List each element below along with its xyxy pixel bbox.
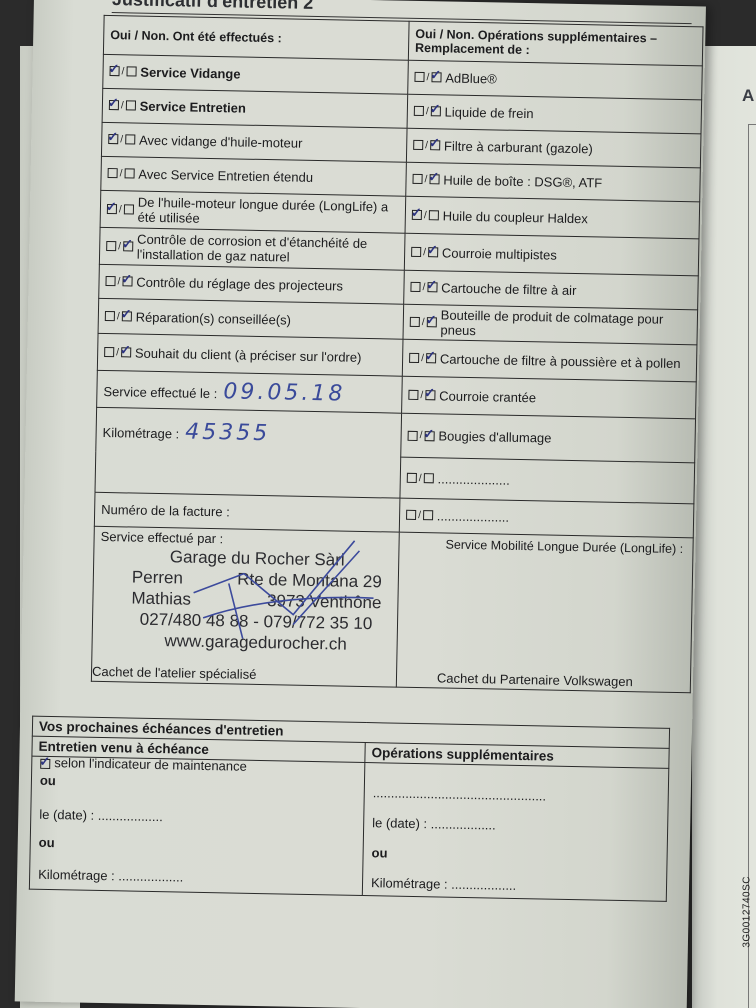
additional-item: /Huile de boîte : DSG®, ATF <box>406 162 701 202</box>
next-mileage-field[interactable]: Kilométrage : .................. <box>38 867 183 885</box>
item-label: Avec vidange d'huile-moteur <box>139 133 303 151</box>
yes-checkbox[interactable] <box>411 247 421 257</box>
yes-no-checkboxes: / <box>414 106 441 118</box>
item-label: AdBlue® <box>445 70 497 86</box>
additional-item: /Courroie crantée <box>402 376 697 419</box>
or-label: ou <box>39 835 55 850</box>
yes-no-checkboxes: / <box>408 430 435 442</box>
service-date-field[interactable]: Service effectué le :09.05.18 <box>97 370 403 413</box>
next-operation-field[interactable]: ........................................… <box>373 785 547 803</box>
yes-no-checkboxes: / <box>407 472 434 484</box>
no-checkbox[interactable] <box>126 67 136 77</box>
yes-checkbox[interactable] <box>107 204 117 214</box>
no-checkbox[interactable] <box>126 101 136 111</box>
yes-no-checkboxes: / <box>409 352 436 364</box>
no-checkbox[interactable] <box>429 175 439 185</box>
indicator-checkbox[interactable] <box>40 759 50 769</box>
performed-item: /Avec vidange d'huile-moteur <box>101 122 407 162</box>
item-label: Service Vidange <box>140 65 240 82</box>
item-label: Huile du coupleur Haldex <box>443 208 589 226</box>
maintenance-indicator-option[interactable]: selon l'indicateur de maintenance <box>40 755 247 774</box>
yes-checkbox[interactable] <box>105 311 115 321</box>
item-label: Bouteille de produit de colmatage pour p… <box>440 307 691 342</box>
item-label: Cartouche de filtre à poussière et à pol… <box>440 351 681 371</box>
item-label: Cartouche de filtre à air <box>441 280 576 298</box>
additional-item: /AdBlue® <box>408 60 703 100</box>
yes-no-checkboxes: / <box>410 282 437 294</box>
service-date-value: 09.05.18 <box>223 379 345 406</box>
next-due-right-body: ........................................… <box>362 763 668 902</box>
workshop-stamp: Garage du Rocher SàrlPerrenRte de Montan… <box>130 546 382 656</box>
yes-checkbox[interactable] <box>407 473 417 483</box>
no-checkbox[interactable] <box>427 317 437 327</box>
yes-no-checkboxes: / <box>413 140 440 152</box>
no-checkbox[interactable] <box>121 347 131 357</box>
yes-checkbox[interactable] <box>412 174 422 184</box>
additional-item: /.................... <box>399 498 694 538</box>
no-checkbox[interactable] <box>124 204 134 214</box>
yes-checkbox[interactable] <box>104 347 114 357</box>
workshop-stamp-caption: Cachet de l'atelier spécialisé <box>92 664 257 682</box>
yes-checkbox[interactable] <box>106 241 116 251</box>
performed-item: /Service Entretien <box>102 88 408 128</box>
partner-stamp-caption: Cachet du Partenaire Volkswagen <box>437 670 633 689</box>
no-checkbox[interactable] <box>125 135 135 145</box>
item-label: Service Entretien <box>140 99 246 116</box>
item-label: Réparation(s) conseillée(s) <box>136 309 292 327</box>
yes-no-checkboxes: / <box>406 510 433 522</box>
no-checkbox[interactable] <box>425 390 435 400</box>
item-label: Contrôle du réglage des projecteurs <box>136 275 343 294</box>
yes-no-checkboxes: / <box>105 276 132 288</box>
item-label: Huile de boîte : DSG®, ATF <box>443 172 602 190</box>
additional-item: /Courroie multipistes <box>404 233 699 276</box>
yes-no-checkboxes: / <box>412 174 439 186</box>
yes-checkbox[interactable] <box>406 510 416 520</box>
service-table: Oui / Non. Ont été effectués : Oui / Non… <box>91 15 704 693</box>
additional-item: /Huile du coupleur Haldex <box>405 196 700 239</box>
no-checkbox[interactable] <box>124 169 134 179</box>
item-label: Courroie multipistes <box>442 245 557 262</box>
no-checkbox[interactable] <box>424 473 434 483</box>
no-checkbox[interactable] <box>426 353 436 363</box>
performed-item: /Avec Service Entretien étendu <box>101 156 407 196</box>
item-label: De l'huile-moteur longue durée (LongLife… <box>137 195 399 230</box>
right-page-fragment: A <box>742 86 754 106</box>
yes-checkbox[interactable] <box>414 72 424 82</box>
yes-checkbox[interactable] <box>410 317 420 327</box>
yes-no-checkboxes: / <box>109 100 136 112</box>
item-label: Bougies d'allumage <box>438 429 551 446</box>
yes-checkbox[interactable] <box>413 140 423 150</box>
no-checkbox[interactable] <box>122 277 132 287</box>
no-checkbox[interactable] <box>431 107 441 117</box>
yes-checkbox[interactable] <box>105 276 115 286</box>
performed-item: /Souhait du client (à préciser sur l'ord… <box>97 333 403 376</box>
additional-item: /Cartouche de filtre à air <box>404 270 699 310</box>
additional-item: /Bouteille de produit de colmatage pour … <box>403 304 698 345</box>
item-label: Avec Service Entretien étendu <box>138 167 313 185</box>
no-checkbox[interactable] <box>424 431 434 441</box>
yes-no-checkboxes: / <box>107 203 134 215</box>
additional-item: /Filtre à carburant (gazole) <box>406 128 701 168</box>
performed-header: Oui / Non. Ont été effectués : <box>103 15 409 60</box>
or-label: ou <box>371 845 387 860</box>
yes-checkbox[interactable] <box>108 134 118 144</box>
yes-no-checkboxes: / <box>104 346 131 358</box>
no-checkbox[interactable] <box>423 510 433 520</box>
mileage-value: 45355 <box>185 420 270 447</box>
yes-checkbox[interactable] <box>109 100 119 110</box>
yes-no-checkboxes: / <box>106 240 133 252</box>
additional-item: /Bougies d'allumage <box>401 413 696 463</box>
next-due-left-body: selon l'indicateur de maintenance ou le … <box>29 756 364 895</box>
item-label: Liquide de frein <box>445 104 534 121</box>
service-record-page: Justificatif d'entretien 2 Oui / Non. On… <box>15 0 706 1008</box>
item-label: Courroie crantée <box>439 388 536 405</box>
yes-no-checkboxes: / <box>105 310 132 322</box>
yes-checkbox[interactable] <box>408 430 418 440</box>
additional-item: /Liquide de frein <box>407 94 702 134</box>
yes-no-checkboxes: / <box>412 209 439 221</box>
no-checkbox[interactable] <box>122 311 132 321</box>
yes-checkbox[interactable] <box>412 210 422 220</box>
additional-header: Oui / Non. Opérations supplémentaires – … <box>408 21 703 66</box>
yes-no-checkboxes: / <box>108 168 135 180</box>
no-checkbox[interactable] <box>123 241 133 251</box>
no-checkbox[interactable] <box>429 210 439 220</box>
additional-item: /Cartouche de filtre à poussière et à po… <box>402 339 697 382</box>
yes-checkbox[interactable] <box>414 106 424 116</box>
additional-item: /.................... <box>400 457 695 503</box>
next-service-table: Vos prochaines échéances d'entretien Ent… <box>29 716 670 902</box>
document-code: 3G0012740SC <box>742 876 753 948</box>
yes-no-checkboxes: / <box>411 246 438 258</box>
next-date-field[interactable]: le (date) : .................. <box>39 807 163 824</box>
workshop-stamp-area: Service effectué par :Garage du Rocher S… <box>91 526 399 687</box>
next-operation-mileage-field[interactable]: Kilométrage : .................. <box>371 875 516 893</box>
yes-no-checkboxes: / <box>414 72 441 84</box>
performed-item: /Réparation(s) conseillée(s) <box>98 298 404 339</box>
performed-item: /Service Vidange <box>103 54 409 94</box>
item-label: Contrôle de corrosion et d'étanchéité de… <box>137 232 399 267</box>
mileage-field[interactable]: Kilométrage :45355 <box>95 407 402 498</box>
item-label: Filtre à carburant (gazole) <box>444 138 593 156</box>
performed-item: /Contrôle de corrosion et d'étanchéité d… <box>99 227 405 270</box>
next-operation-date-field[interactable]: le (date) : .................. <box>372 815 496 832</box>
yes-checkbox[interactable] <box>409 353 419 363</box>
no-checkbox[interactable] <box>428 247 438 257</box>
yes-checkbox[interactable] <box>109 66 119 76</box>
yes-no-checkboxes: / <box>410 316 437 328</box>
yes-no-checkboxes: / <box>408 389 435 401</box>
invoice-number-field[interactable]: Numéro de la facture : <box>94 492 400 532</box>
yes-no-checkboxes: / <box>109 66 136 78</box>
item-label: .................... <box>437 508 510 524</box>
longlife-mobility-label: Service Mobilité Longue Durée (LongLife)… <box>445 538 683 557</box>
yes-checkbox[interactable] <box>408 390 418 400</box>
performed-item: /De l'huile-moteur longue durée (LongLif… <box>100 190 406 233</box>
or-label: ou <box>40 773 56 788</box>
performed-item: /Contrôle du réglage des projecteurs <box>99 264 405 304</box>
no-checkbox[interactable] <box>431 73 441 83</box>
yes-checkbox[interactable] <box>108 168 118 178</box>
no-checkbox[interactable] <box>430 141 440 151</box>
yes-checkbox[interactable] <box>410 282 420 292</box>
partner-stamp-area: Service Mobilité Longue Durée (LongLife)… <box>396 532 693 693</box>
item-label: .................... <box>437 471 510 487</box>
no-checkbox[interactable] <box>427 283 437 293</box>
yes-no-checkboxes: / <box>108 134 135 146</box>
item-label: Souhait du client (à préciser sur l'ordr… <box>135 345 362 364</box>
